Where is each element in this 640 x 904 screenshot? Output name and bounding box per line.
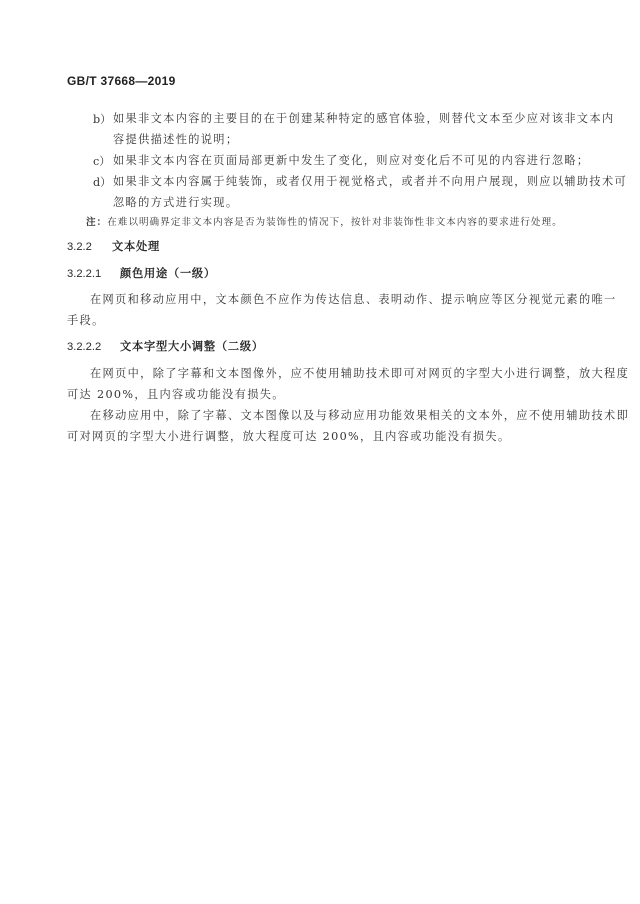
section-title: 颜色用途（一级） bbox=[120, 267, 216, 280]
section-heading-3-2-2-1: 3.2.2.1颜色用途（一级） bbox=[67, 265, 216, 281]
list-marker-c: c） bbox=[93, 153, 110, 169]
paragraph-line: 可达 200%，且内容或功能没有损失。 bbox=[67, 386, 285, 402]
list-marker-d: d） bbox=[93, 174, 111, 190]
section-number: 3.2.2.2 bbox=[67, 341, 120, 353]
list-item-d-line2: 忽略的方式进行实现。 bbox=[113, 194, 238, 210]
section-title: 文本字型大小调整（二级） bbox=[120, 340, 264, 353]
paragraph-line: 在移动应用中，除了字幕、文本图像以及与移动应用功能效果相关的文本外，应不使用辅助… bbox=[90, 407, 629, 423]
list-item-b-line2: 容提供描述性的说明； bbox=[113, 131, 238, 147]
list-item-c-line1: 如果非文本内容在页面局部更新中发生了变化，则应对变化后不可见的内容进行忽略； bbox=[113, 152, 589, 168]
section-number: 3.2.2.1 bbox=[67, 268, 120, 280]
section-heading-3-2-2: 3.2.2文本处理 bbox=[67, 238, 160, 254]
document-page: GB/T 37668—2019 b） 如果非文本内容的主要目的在于创建某种特定的… bbox=[0, 0, 640, 904]
list-item-b-line1: 如果非文本内容的主要目的在于创建某种特定的感官体验，则替代文本至少应对该非文本内 bbox=[113, 110, 615, 126]
section-heading-3-2-2-2: 3.2.2.2文本字型大小调整（二级） bbox=[67, 338, 264, 354]
paragraph-line: 在网页中，除了字幕和文本图像外，应不使用辅助技术即可对网页的字型大小进行调整，放… bbox=[90, 365, 629, 381]
list-item-d-line1: 如果非文本内容属于纯装饰，或者仅用于视觉格式，或者并不向用户展现，则应以辅助技术… bbox=[113, 173, 627, 189]
paragraph-line: 可对网页的字型大小进行调整，放大程度可达 200%，且内容或功能没有损失。 bbox=[67, 428, 511, 444]
section-title: 文本处理 bbox=[112, 240, 160, 253]
note: 注：在难以明确界定非文本内容是否为装饰性的情况下，按针对非装饰性非文本内容的要求… bbox=[86, 214, 563, 228]
note-text: 在难以明确界定非文本内容是否为装饰性的情况下，按针对非装饰性非文本内容的要求进行… bbox=[107, 217, 563, 228]
paragraph-line: 手段。 bbox=[67, 312, 105, 328]
paragraph-line: 在网页和移动应用中，文本颜色不应作为传达信息、表明动作、提示响应等区分视觉元素的… bbox=[90, 291, 617, 307]
list-marker-b: b） bbox=[93, 111, 111, 127]
standard-id-header: GB/T 37668—2019 bbox=[67, 74, 176, 88]
section-number: 3.2.2 bbox=[67, 241, 112, 253]
note-label: 注： bbox=[86, 217, 107, 228]
